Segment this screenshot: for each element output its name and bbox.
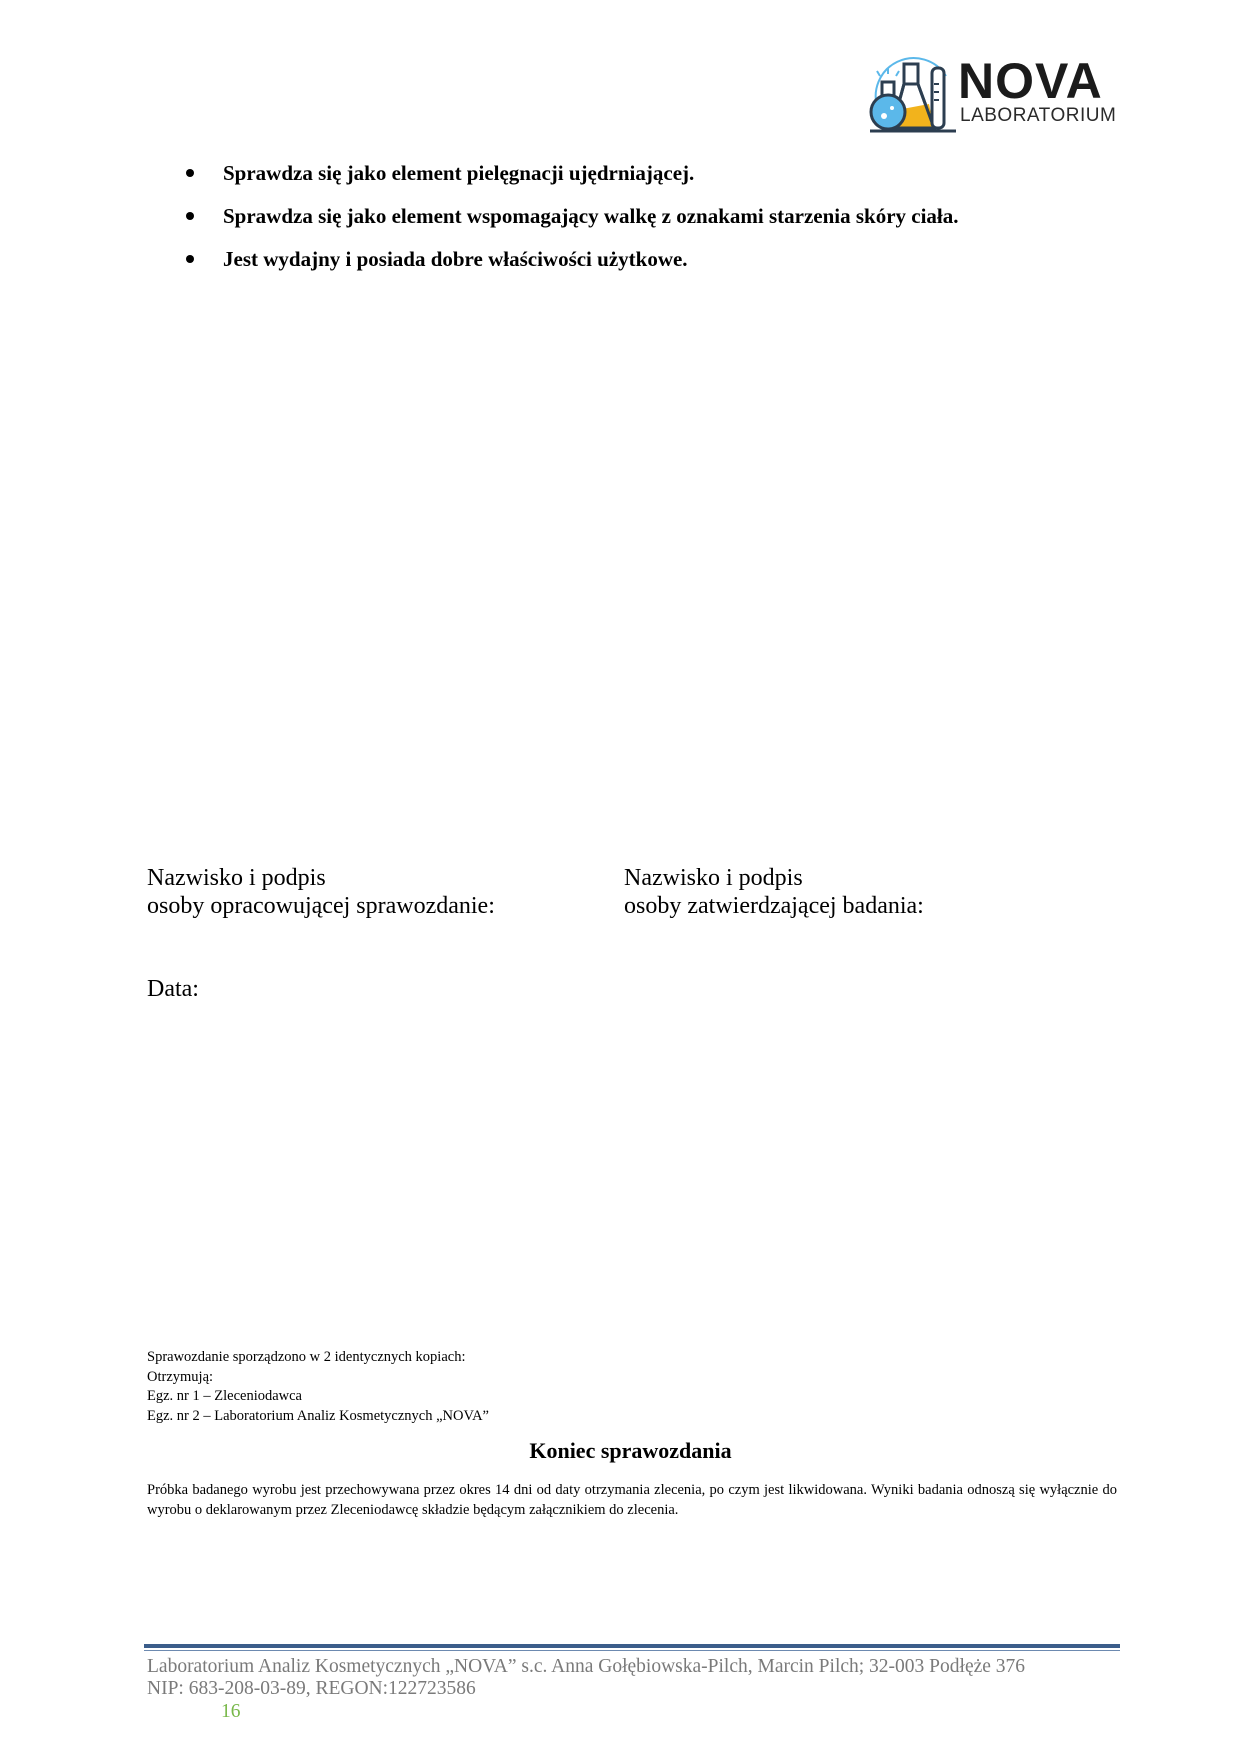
signature-preparer-line1: Nazwisko i podpis [147,864,495,892]
copies-info: Sprawozdanie sporządzono w 2 identycznyc… [147,1348,489,1426]
footer-company-info: Laboratorium Analiz Kosmetycznych „NOVA”… [147,1656,1025,1700]
list-item: Jest wydajny i posiada dobre właściwości… [183,246,959,289]
copies-line: Otrzymują: [147,1368,489,1388]
nova-logo: NOVA LABORATORIUM [868,54,1118,138]
signature-approver-line2: osoby zatwierdzającej badania: [624,892,924,920]
list-item: Sprawdza się jako element pielęgnacji uj… [183,160,959,203]
logo-subtitle: LABORATORIUM [960,106,1116,125]
footer-address: Laboratorium Analiz Kosmetycznych „NOVA”… [147,1656,1025,1678]
date-label: Data: [147,976,199,1003]
page-number: 16 [221,1701,241,1723]
sample-retention-note: Próbka badanego wyrobu jest przechowywan… [147,1481,1117,1520]
logo-title: NOVA [958,56,1103,106]
bullet-icon [186,255,194,263]
copies-line: Egz. nr 1 – Zleceniodawca [147,1387,489,1407]
footer-divider [144,1644,1120,1651]
footer-tax-ids: NIP: 683-208-03-89, REGON:122723586 [147,1678,1025,1700]
lab-flasks-icon [868,54,958,138]
bullet-icon [186,169,194,177]
signature-preparer-line2: osoby opracowującej sprawozdanie: [147,892,495,920]
signature-approver-line1: Nazwisko i podpis [624,864,924,892]
signature-preparer: Nazwisko i podpis osoby opracowującej sp… [147,864,495,920]
copies-line: Egz. nr 2 – Laboratorium Analiz Kosmetyc… [147,1407,489,1427]
list-item: Sprawdza się jako element wspomagający w… [183,203,959,246]
bullet-icon [186,212,194,220]
benefits-list: Sprawdza się jako element pielęgnacji uj… [183,160,959,289]
signature-approver: Nazwisko i podpis osoby zatwierdzającej … [624,864,924,920]
end-of-report-title: Koniec sprawozdania [0,1438,1241,1464]
copies-line: Sprawozdanie sporządzono w 2 identycznyc… [147,1348,489,1368]
